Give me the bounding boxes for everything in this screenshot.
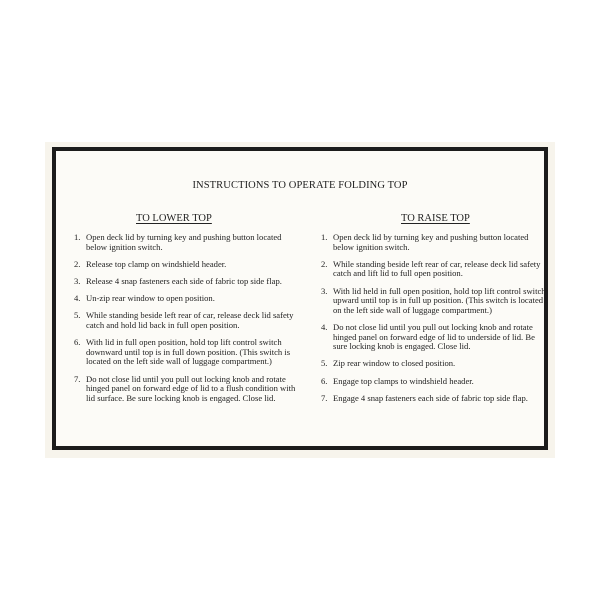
card-border-frame: INSTRUCTIONS TO OPERATE FOLDING TOP TO L… xyxy=(52,147,548,450)
step-number: 2. xyxy=(74,260,86,270)
step-number: 3. xyxy=(321,287,333,316)
steps-list: 1.Open deck lid by turning key and pushi… xyxy=(321,233,551,403)
step-text: While standing beside left rear of car, … xyxy=(86,311,299,330)
step-number: 7. xyxy=(321,394,333,404)
step-number: 4. xyxy=(321,323,333,352)
step-number: 1. xyxy=(74,233,86,252)
step-text: Release top clamp on windshield header. xyxy=(86,260,299,270)
step-text: Zip rear window to closed position. xyxy=(333,359,551,369)
step-item: 7.Do not close lid until you pull out lo… xyxy=(74,375,299,404)
step-number: 4. xyxy=(74,294,86,304)
step-number: 3. xyxy=(74,277,86,287)
section-heading-text: TO RAISE TOP xyxy=(401,213,470,224)
step-text: Do not close lid until you pull out lock… xyxy=(86,375,299,404)
step-number: 7. xyxy=(74,375,86,404)
step-item: 5.While standing beside left rear of car… xyxy=(74,311,299,330)
step-item: 4.Un-zip rear window to open position. xyxy=(74,294,299,304)
step-text: While standing beside left rear of car, … xyxy=(333,260,551,279)
step-item: 3.Release 4 snap fasteners each side of … xyxy=(74,277,299,287)
step-text: Un-zip rear window to open position. xyxy=(86,294,299,304)
instruction-card: INSTRUCTIONS TO OPERATE FOLDING TOP TO L… xyxy=(45,142,555,458)
step-number: 6. xyxy=(321,377,333,387)
section-heading-text: TO LOWER TOP xyxy=(136,213,212,224)
step-item: 5.Zip rear window to closed position. xyxy=(321,359,551,369)
step-number: 2. xyxy=(321,260,333,279)
raise-top-section: TO RAISE TOP 1.Open deck lid by turning … xyxy=(321,213,551,411)
step-number: 1. xyxy=(321,233,333,252)
lower-top-section: TO LOWER TOP 1.Open deck lid by turning … xyxy=(74,213,299,411)
step-text: Engage 4 snap fasteners each side of fab… xyxy=(333,394,551,404)
section-heading: TO RAISE TOP xyxy=(321,213,551,224)
section-heading: TO LOWER TOP xyxy=(74,213,299,224)
document-title: INSTRUCTIONS TO OPERATE FOLDING TOP xyxy=(56,180,544,191)
step-number: 5. xyxy=(321,359,333,369)
step-text: With lid held in full open position, hol… xyxy=(333,287,551,316)
step-text: With lid in full open position, hold top… xyxy=(86,338,299,367)
step-text: Engage top clamps to windshield header. xyxy=(333,377,551,387)
steps-list: 1.Open deck lid by turning key and pushi… xyxy=(74,233,299,403)
step-number: 6. xyxy=(74,338,86,367)
step-item: 3.With lid held in full open position, h… xyxy=(321,287,551,316)
step-item: 1.Open deck lid by turning key and pushi… xyxy=(74,233,299,252)
step-number: 5. xyxy=(74,311,86,330)
step-text: Release 4 snap fasteners each side of fa… xyxy=(86,277,299,287)
step-item: 4.Do not close lid until you pull out lo… xyxy=(321,323,551,352)
step-item: 6.With lid in full open position, hold t… xyxy=(74,338,299,367)
step-item: 2.While standing beside left rear of car… xyxy=(321,260,551,279)
step-text: Open deck lid by turning key and pushing… xyxy=(86,233,299,252)
step-item: 6.Engage top clamps to windshield header… xyxy=(321,377,551,387)
step-text: Do not close lid until you pull out lock… xyxy=(333,323,551,352)
step-item: 1.Open deck lid by turning key and pushi… xyxy=(321,233,551,252)
step-item: 7.Engage 4 snap fasteners each side of f… xyxy=(321,394,551,404)
step-text: Open deck lid by turning key and pushing… xyxy=(333,233,551,252)
step-item: 2.Release top clamp on windshield header… xyxy=(74,260,299,270)
